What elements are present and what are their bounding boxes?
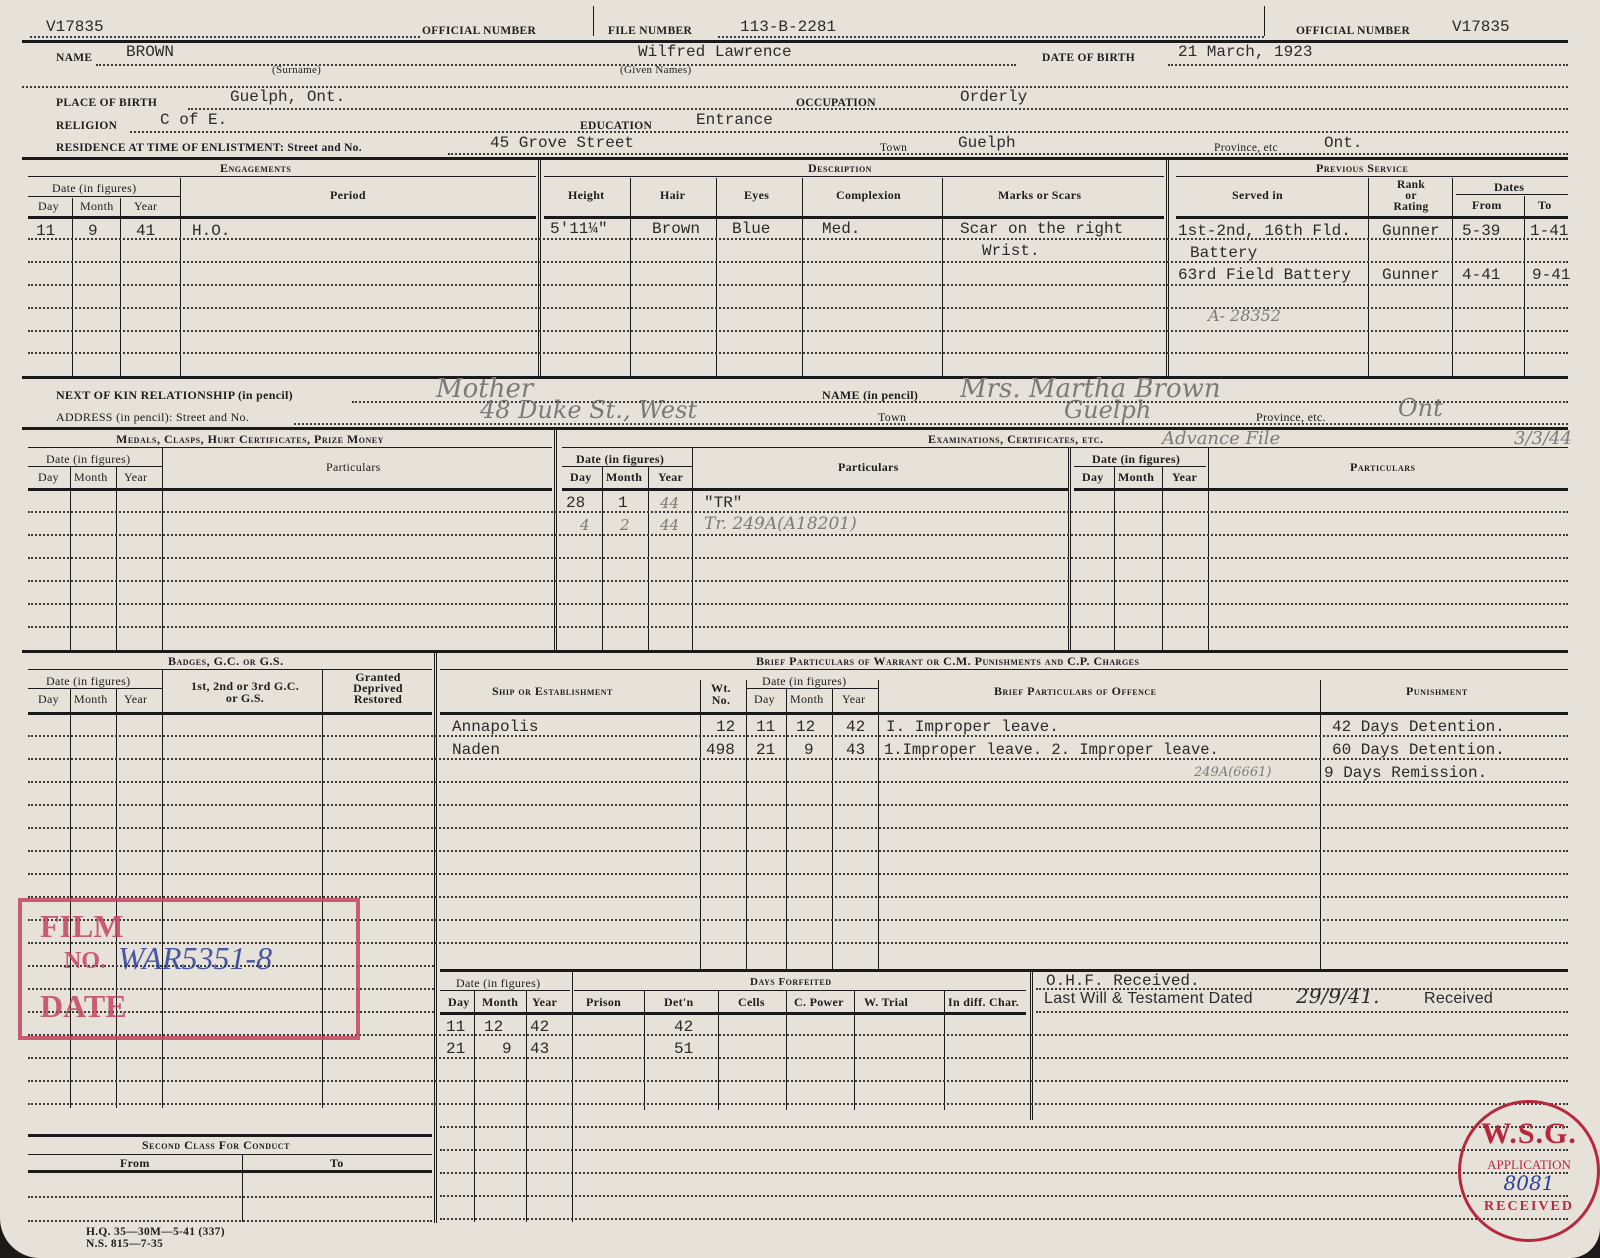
- exam-date-header: Date (in figures): [576, 452, 664, 467]
- forfeit-col-cells: Cells: [738, 995, 765, 1010]
- date-of-birth: 21 March, 1923: [1178, 43, 1312, 61]
- forfeit-date-header: Date (in figures): [456, 976, 540, 991]
- marks-line-2: Wrist.: [982, 242, 1040, 260]
- given-names: Wilfred Lawrence: [638, 43, 792, 61]
- wsg-stamp-number: 8081: [1461, 1171, 1597, 1195]
- exam-col-year: Year: [658, 470, 683, 485]
- exam-right-col-particulars: Particulars: [1350, 460, 1415, 475]
- punish-row-1-month: 12: [796, 718, 815, 736]
- punish-row-1-ship: Annapolis: [452, 718, 538, 736]
- medals-col-month: Month: [74, 470, 108, 485]
- official-number-left: V17835: [46, 18, 104, 36]
- punish-row-1-day: 11: [756, 718, 775, 736]
- occupation-label: OCCUPATION: [796, 97, 876, 109]
- forfeit-col-w-trial: W. Trial: [864, 995, 908, 1010]
- forfeit-col-prison: Prison: [586, 995, 621, 1010]
- height-value: 5'11¼": [550, 220, 608, 238]
- exam-row-2-particulars: Tr. 249A(A18201): [704, 514, 857, 534]
- punish-col-day: Day: [754, 692, 775, 707]
- description-col-height: Height: [568, 188, 604, 203]
- second-class-from: From: [120, 1156, 150, 1171]
- residence-street: 45 Grove Street: [490, 134, 634, 152]
- forfeit-col-in-diff-char: In diff. Char.: [948, 995, 1019, 1010]
- surname: BROWN: [126, 43, 174, 61]
- place-of-birth-label: PLACE OF BIRTH: [56, 97, 157, 109]
- punish-date-header: Date (in figures): [762, 674, 846, 689]
- footer-form-number-2: N.S. 815—7-35: [86, 1238, 163, 1250]
- badges-date-header: Date (in figures): [46, 674, 130, 689]
- badges-title: Badges, G.C. or G.S.: [168, 654, 284, 669]
- film-stamp-label: FILM: [40, 908, 124, 945]
- medals-date-header: Date (in figures): [46, 452, 130, 467]
- film-stamp: FILM NO. WAR5351-8 DATE: [18, 898, 360, 1040]
- notes-will-prefix: Last Will & Testament Dated: [1044, 990, 1253, 1008]
- punish-row-1-offence: I. Improper leave.: [886, 718, 1059, 736]
- punish-row-1-punishment: 42 Days Detention.: [1332, 718, 1505, 736]
- nok-town: Guelph: [1064, 396, 1151, 424]
- wsg-stamp-received: RECEIVED: [1461, 1199, 1597, 1215]
- punish-row-1-wt-no: 12: [716, 718, 735, 736]
- engagements-date-header: Date (in figures): [52, 181, 136, 196]
- forfeit-row-2-day: 21: [446, 1040, 465, 1058]
- nok-province: Ont: [1398, 394, 1443, 422]
- nok-address: 48 Duke St., West: [480, 396, 697, 424]
- punish-wt-line-2: No.: [712, 693, 731, 707]
- prev-col-dates: Dates: [1494, 180, 1524, 195]
- punish-col-year: Year: [842, 692, 865, 707]
- file-number: 113-B-2281: [740, 18, 836, 36]
- nok-address-label: ADDRESS (in pencil): Street and No.: [56, 410, 249, 425]
- exam-pencil-note: Advance File: [1162, 428, 1280, 449]
- punish-row-2-ship: Naden: [452, 741, 500, 759]
- prev-row-2-rank: Gunner: [1382, 266, 1440, 284]
- badges-col-gc: 1st, 2nd or 3rd G.C. or G.S.: [170, 680, 320, 704]
- prev-col-rank: Rank or Rating: [1376, 180, 1446, 213]
- exam-right-date-header: Date (in figures): [1092, 452, 1180, 467]
- forfeit-row-2-month: 9: [502, 1040, 512, 1058]
- prev-row-2-served-in: 63rd Field Battery: [1178, 266, 1351, 284]
- forfeit-row-2-year: 43: [530, 1040, 549, 1058]
- exam-row-1-particulars: "TR": [704, 494, 742, 512]
- nok-town-label: Town: [878, 410, 906, 425]
- forfeit-title: Days Forfeited: [750, 976, 831, 988]
- film-stamp-number: WAR5351-8: [118, 940, 272, 977]
- name-label: NAME: [56, 52, 92, 64]
- town-label: Town: [880, 142, 907, 154]
- badges-col-year: Year: [124, 692, 147, 707]
- punish-row-2-offence: 1.Improper leave. 2. Improper leave.: [884, 741, 1219, 759]
- punish-col-punishment: Punishment: [1406, 684, 1468, 699]
- exam-row-1-year: 44: [660, 494, 679, 512]
- engagements-col-day: Day: [38, 199, 59, 214]
- education: Entrance: [696, 111, 773, 129]
- footer-form-number-1: H.Q. 35—30M—5-41 (337): [86, 1226, 225, 1238]
- prev-col-served-in: Served in: [1232, 188, 1283, 203]
- exam-col-particulars: Particulars: [838, 460, 899, 475]
- badges-status-restored: Restored: [354, 692, 402, 706]
- medals-col-day: Day: [38, 470, 59, 485]
- medals-col-particulars: Particulars: [326, 460, 381, 475]
- punish-row-2-year: 43: [846, 741, 865, 759]
- dob-label: DATE OF BIRTH: [1042, 52, 1135, 64]
- engagements-title: Engagements: [220, 161, 291, 176]
- wsg-application-stamp: W.S.G. APPLICATION 8081 RECEIVED: [1458, 1100, 1600, 1242]
- badges-col-month: Month: [74, 692, 108, 707]
- medals-col-year: Year: [124, 470, 147, 485]
- punish-col-wt-no: Wt. No.: [702, 682, 740, 706]
- complexion-value: Med.: [822, 220, 860, 238]
- second-class-title: Second Class For Conduct: [142, 1138, 290, 1153]
- marks-line-1: Scar on the right: [960, 220, 1123, 238]
- punish-pencil-note: 249A(6661): [1194, 765, 1271, 780]
- prev-row-2-from: 4-41: [1462, 266, 1500, 284]
- forfeit-col-detn: Det'n: [664, 995, 694, 1010]
- official-number-right-label: OFFICIAL NUMBER: [1296, 25, 1410, 37]
- place-of-birth: Guelph, Ont.: [230, 88, 345, 106]
- exam-pencil-date: 3/3/44: [1514, 428, 1572, 449]
- punish-col-ship: Ship or Establishment: [492, 684, 613, 699]
- exam-row-2-day: 4: [580, 516, 590, 534]
- forfeit-col-c-power: C. Power: [794, 995, 844, 1010]
- engagements-col-month: Month: [80, 199, 114, 214]
- forfeit-col-month: Month: [482, 995, 518, 1010]
- residence-label: RESIDENCE AT TIME OF ENLISTMENT: Street …: [56, 142, 362, 154]
- official-number-right: V17835: [1452, 18, 1510, 36]
- given-names-caption: (Given Names): [620, 64, 691, 76]
- hair-value: Brown: [652, 220, 700, 238]
- wsg-stamp-title: W.S.G.: [1477, 1117, 1581, 1151]
- nok-relationship-label: NEXT OF KIN RELATIONSHIP (in pencil): [56, 388, 293, 403]
- description-col-marks: Marks or Scars: [998, 188, 1081, 203]
- punish-row-2-month: 9: [804, 741, 814, 759]
- town: Guelph: [958, 134, 1016, 152]
- punishments-title: Brief Particulars of Warrant or C.M. Pun…: [756, 654, 1139, 669]
- service-record-card: V17835 OFFICIAL NUMBER FILE NUMBER 113-B…: [0, 0, 1600, 1258]
- punish-row-1-year: 42: [846, 718, 865, 736]
- description-col-hair: Hair: [660, 188, 685, 203]
- badges-col-status: Granted Deprived Restored: [330, 672, 426, 705]
- religion-label: RELIGION: [56, 120, 117, 132]
- prev-row-2-to: 9-41: [1532, 266, 1570, 284]
- film-stamp-date-label: DATE: [40, 988, 127, 1025]
- notes-will-received: Received: [1424, 990, 1493, 1008]
- religion: C of E.: [160, 111, 227, 129]
- occupation: Orderly: [960, 88, 1027, 106]
- exam-col-month: Month: [606, 470, 642, 485]
- punish-row-2-day: 21: [756, 741, 775, 759]
- file-number-label: FILE NUMBER: [608, 25, 692, 37]
- exam-row-2-year: 44: [660, 516, 679, 534]
- forfeit-row-2-detn: 51: [674, 1040, 693, 1058]
- exam-right-col-day: Day: [1082, 470, 1104, 485]
- punish-row-2-punishment: 60 Days Detention.: [1332, 741, 1505, 759]
- eyes-value: Blue: [732, 220, 770, 238]
- prev-col-from: From: [1472, 198, 1502, 213]
- film-stamp-no-label: NO.: [64, 948, 106, 975]
- engagements-col-period: Period: [330, 188, 366, 203]
- punish-col-month: Month: [790, 692, 824, 707]
- prev-row-1-served-in-cont: Battery: [1190, 244, 1257, 262]
- engagements-col-year: Year: [134, 199, 157, 214]
- badges-col-day: Day: [38, 692, 59, 707]
- punish-extra-remission: 9 Days Remission.: [1324, 764, 1487, 782]
- exam-col-day: Day: [570, 470, 592, 485]
- prev-col-to: To: [1538, 198, 1552, 213]
- forfeit-col-day: Day: [448, 995, 470, 1010]
- education-label: EDUCATION: [580, 120, 652, 132]
- exam-row-1-day: 28: [566, 494, 585, 512]
- punish-row-2-wt-no: 498: [706, 741, 735, 759]
- exam-right-col-month: Month: [1118, 470, 1154, 485]
- exam-row-2-month: 2: [620, 516, 630, 534]
- rank-line-3: Rating: [1393, 201, 1428, 213]
- nok-province-label: Province, etc.: [1256, 410, 1326, 425]
- description-col-complexion: Complexion: [836, 188, 901, 203]
- forfeit-col-year: Year: [532, 995, 557, 1010]
- second-class-to: To: [330, 1156, 344, 1171]
- province-label: Province, etc: [1214, 142, 1278, 154]
- nok-name-label: NAME (in pencil): [822, 388, 918, 403]
- description-col-eyes: Eyes: [744, 188, 769, 203]
- province: Ont.: [1324, 134, 1362, 152]
- surname-caption: (Surname): [272, 64, 321, 76]
- badges-gc-line-2: or G.S.: [226, 691, 264, 705]
- exam-right-col-year: Year: [1172, 470, 1197, 485]
- punish-col-offence: Brief Particulars of Offence: [994, 684, 1157, 699]
- previous-service-title: Previous Service: [1316, 161, 1408, 176]
- exam-row-1-month: 1: [618, 494, 628, 512]
- description-title: Description: [808, 161, 872, 176]
- medals-title: Medals, Clasps, Hurt Certificates, Prize…: [116, 432, 384, 447]
- examinations-title: Examinations, Certificates, etc.: [928, 432, 1104, 447]
- official-number-label: OFFICIAL NUMBER: [422, 25, 536, 37]
